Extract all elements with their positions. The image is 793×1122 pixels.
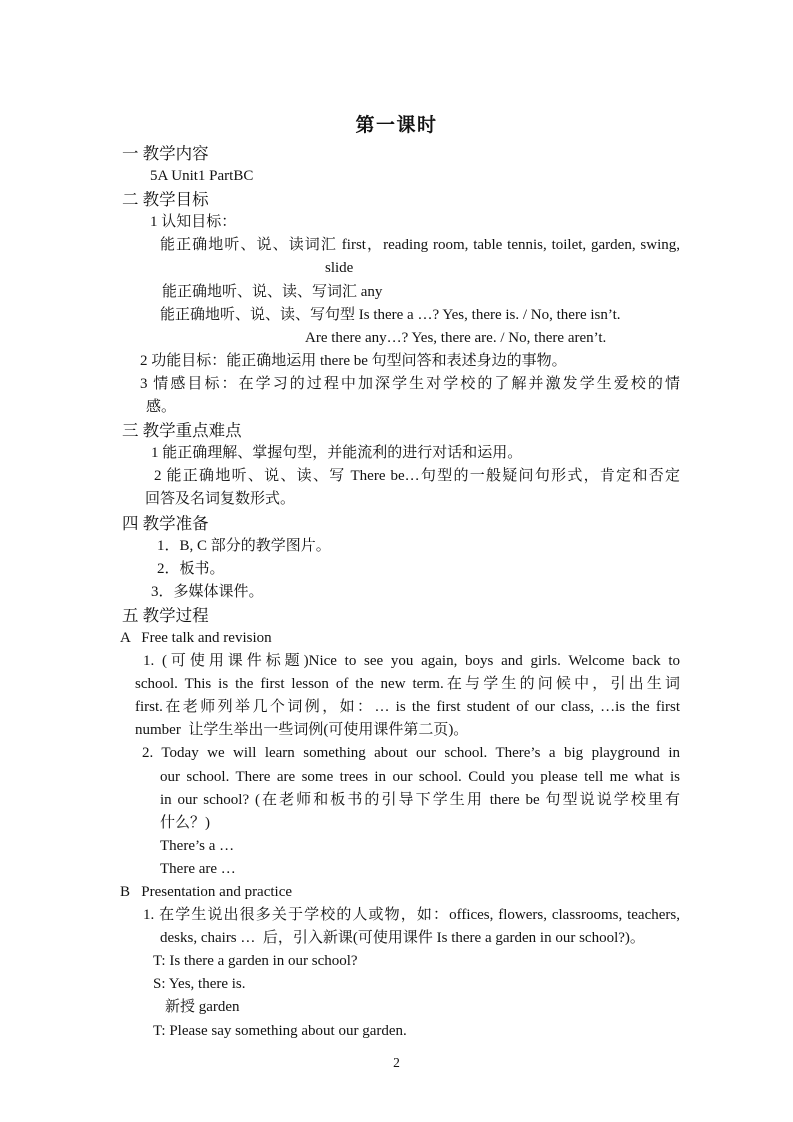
doc-line: 5A Unit1 PartBC (120, 165, 680, 188)
doc-line: desks, chairs … 后，引入新课(可使用课件 Is there a … (120, 927, 680, 950)
doc-line: 1 认知目标： (120, 211, 680, 234)
doc-line: 能正确地听、说、读、写词汇 any (120, 281, 680, 304)
doc-line: 新授 garden (120, 996, 680, 1019)
doc-line: T: Please say something about our garden… (120, 1020, 680, 1043)
doc-line: 1. 在学生说出很多关于学校的人或物，如：offices, flowers, c… (120, 904, 680, 927)
section-heading: 三 教学重点难点 (120, 419, 680, 442)
doc-line: 3 情感目标：在学习的过程中加深学生对学校的了解并激发学生爱校的情 (120, 373, 680, 396)
doc-line: B Presentation and practice (120, 881, 680, 904)
doc-line: A Free talk and revision (120, 627, 680, 650)
doc-line: There are … (120, 858, 680, 881)
doc-line: T: Is there a garden in our school? (120, 950, 680, 973)
doc-line: 2 能正确地听、说、读、写 There be…句型的一般疑问句形式，肯定和否定 (120, 465, 680, 488)
page-title: 第一课时 (0, 0, 793, 139)
doc-line: 2．板书。 (120, 558, 680, 581)
doc-line: 感。 (120, 396, 680, 419)
doc-line: 什么？) (120, 812, 680, 835)
section-heading: 四 教学准备 (120, 512, 680, 535)
doc-line: Are there any…? Yes, there are. / No, th… (120, 327, 680, 350)
doc-line: 能正确地听、说、读词汇 first，reading room, table te… (120, 234, 680, 257)
doc-line: number 让学生举出一些词例(可使用课件第二页)。 (120, 719, 680, 742)
page-number: 2 (0, 1055, 793, 1071)
section-heading: 一 教学内容 (120, 142, 680, 165)
document-page: 第一课时 一 教学内容5A Unit1 PartBC二 教学目标1 认知目标：能… (0, 0, 793, 1122)
doc-line: 3．多媒体课件。 (120, 581, 680, 604)
section-heading: 二 教学目标 (120, 188, 680, 211)
doc-line: S: Yes, there is. (120, 973, 680, 996)
doc-line: 能正确地听、说、读、写句型 Is there a …? Yes, there i… (120, 304, 680, 327)
doc-line: our school. There are some trees in our … (120, 766, 680, 789)
doc-line: 回答及名词复数形式。 (120, 488, 680, 511)
doc-line: first.在老师列举几个词例，如：… is the first student… (120, 696, 680, 719)
doc-line: school. This is the first lesson of the … (120, 673, 680, 696)
doc-line: 1．B, C 部分的教学图片。 (120, 535, 680, 558)
section-heading: 五 教学过程 (120, 604, 680, 627)
doc-line: 2. Today we will learn something about o… (120, 742, 680, 765)
doc-line: 1. (可使用课件标题)Nice to see you again, boys … (120, 650, 680, 673)
doc-line: 1 能正确理解、掌握句型，并能流利的进行对话和运用。 (120, 442, 680, 465)
doc-line: 2 功能目标：能正确地运用 there be 句型问答和表述身边的事物。 (120, 350, 680, 373)
doc-line: slide (120, 257, 680, 280)
document-body: 一 教学内容5A Unit1 PartBC二 教学目标1 认知目标：能正确地听、… (0, 139, 793, 1043)
doc-line: in our school? (在老师和板书的引导下学生用 there be 句… (120, 789, 680, 812)
doc-line: There’s a … (120, 835, 680, 858)
